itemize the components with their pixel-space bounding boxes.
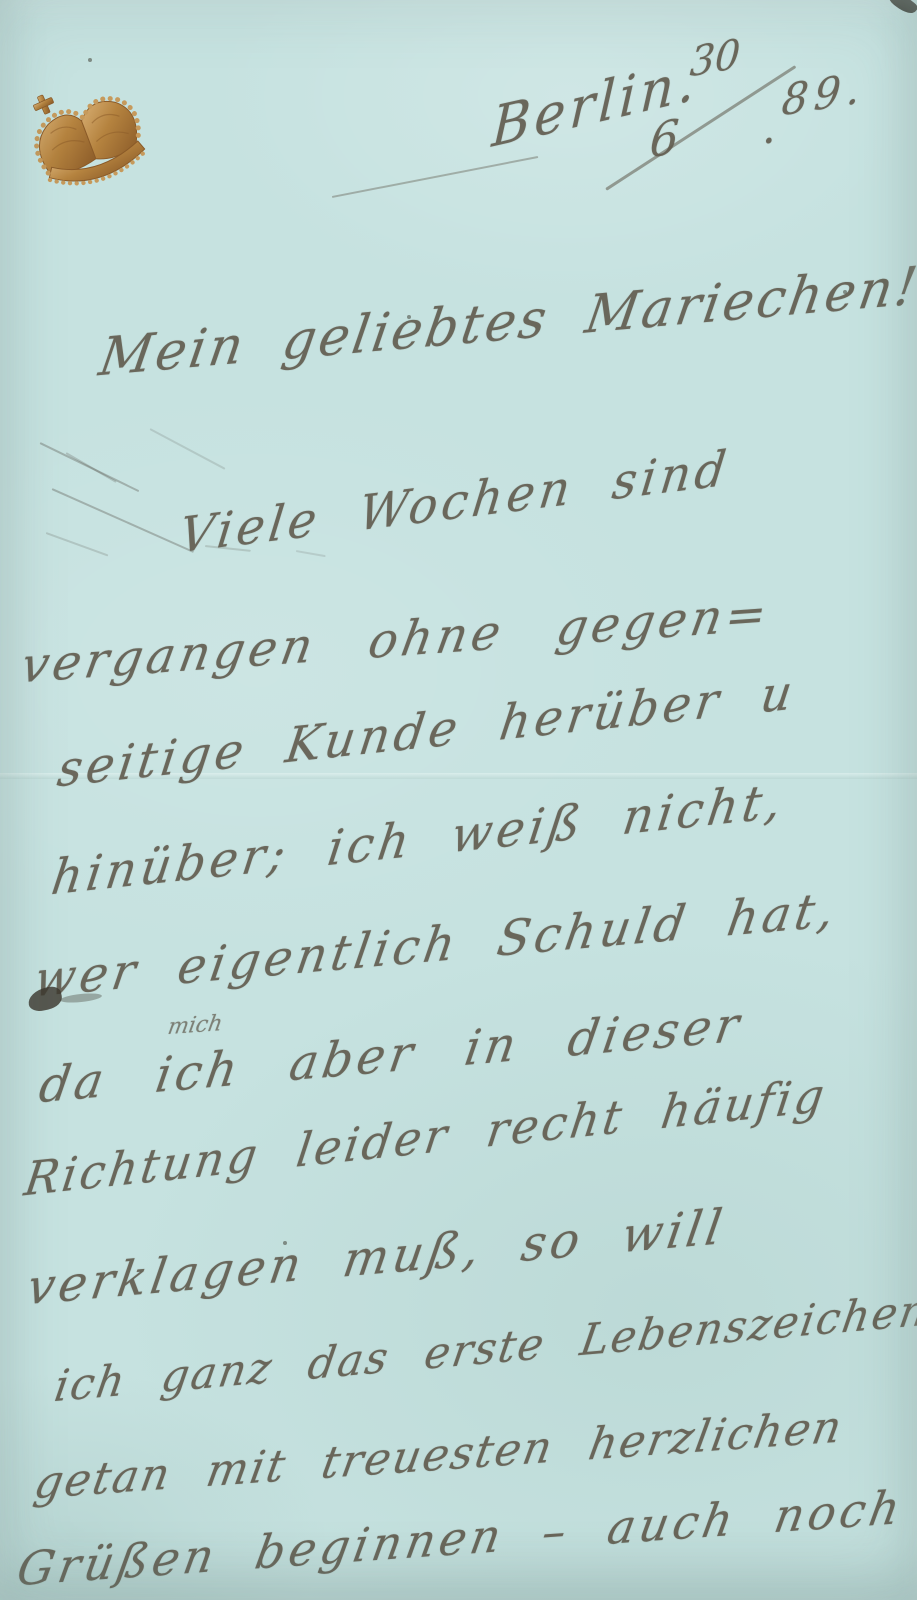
dateline-separator: . bbox=[756, 102, 778, 155]
interline-insertion: mich bbox=[166, 1011, 225, 1040]
handwritten-line-9: ich ganz das erste Lebenszeichen bbox=[51, 1285, 917, 1412]
handwritten-line-1: Viele Wochen sind bbox=[176, 440, 732, 565]
pencil-scratch bbox=[46, 532, 109, 556]
dateline-month: 6 bbox=[648, 108, 681, 169]
handwritten-line-4: hinüber; ich weiß nicht, bbox=[48, 772, 789, 906]
pencil-scratch bbox=[150, 428, 226, 470]
dateline-day: 30 bbox=[688, 31, 741, 87]
dateline-year: 89. bbox=[780, 62, 868, 126]
ink-blot bbox=[26, 985, 64, 1014]
crown-icon bbox=[5, 65, 176, 233]
pencil-scratch bbox=[66, 452, 117, 483]
pencil-scratch bbox=[296, 550, 326, 557]
handwritten-line-5: wer eigentlich Schuld hat, bbox=[30, 881, 842, 1008]
handwritten-line-8: verklagen muß, so will bbox=[23, 1199, 729, 1317]
letter-page: Berlin. 30 6 . 89. Mein geliebtes Mariec… bbox=[0, 0, 917, 1600]
ink-speck bbox=[88, 58, 92, 62]
ink-mark-top-right bbox=[887, 0, 917, 18]
salutation: Mein geliebtes Mariechen! bbox=[95, 256, 917, 389]
pen-flourish bbox=[332, 156, 539, 198]
